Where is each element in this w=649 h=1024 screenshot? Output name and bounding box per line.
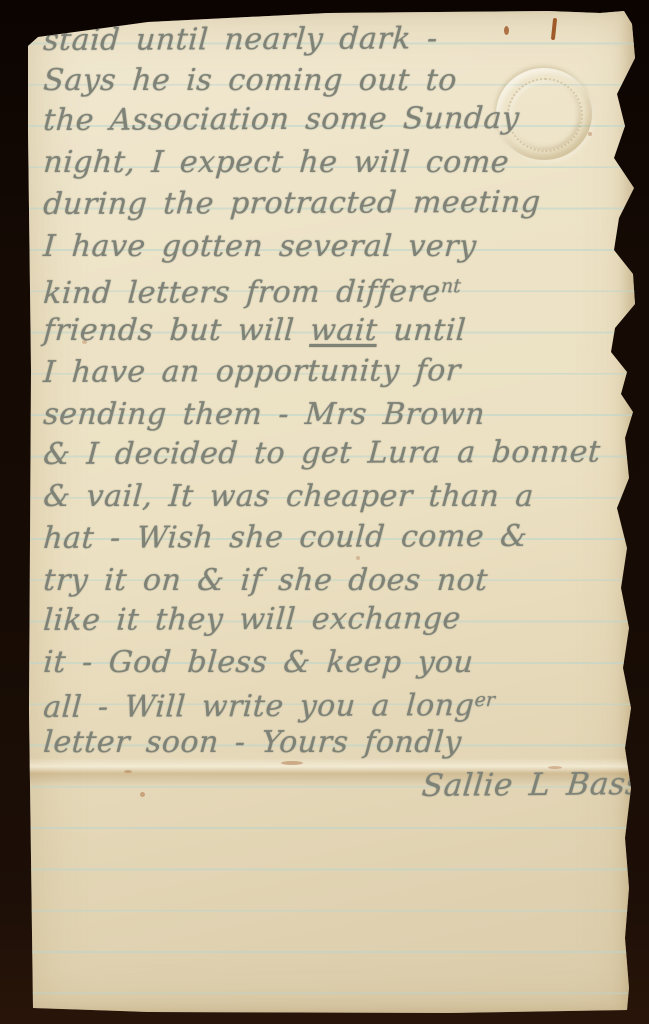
letter-line: kind letters from different: [42, 266, 462, 314]
rust-stain: [548, 766, 562, 769]
line-text: the Association some Sunday: [42, 101, 520, 138]
letter-line: & vail, It was cheaper than a: [42, 476, 535, 517]
letter-line: letter soon - Yours fondly: [42, 722, 463, 763]
line-text: & I decided to get Lura a bonnet: [42, 435, 601, 472]
letter-line: the Association some Sunday: [42, 98, 521, 141]
superscript-text: nt: [440, 275, 461, 297]
line-text: it - God bless & keep you: [42, 645, 474, 680]
line-text: staid until nearly dark -: [42, 21, 439, 58]
line-text: I have an opportunity for: [42, 353, 462, 390]
rust-stain: [124, 770, 132, 773]
letter-line: Says he is coming out to: [42, 60, 458, 101]
letter-line: it - God bless & keep you: [42, 642, 475, 683]
line-text: night, I expect he will come: [42, 145, 510, 180]
rust-stain: [588, 132, 592, 136]
signature-text: Sallie L Bass: [421, 766, 644, 804]
underlined-word: wait: [309, 313, 379, 348]
rust-stain: [551, 18, 557, 40]
line-text: during the protracted meeting: [42, 185, 542, 222]
letter-line: night, I expect he will come: [42, 142, 511, 183]
letter-line: staid until nearly dark -: [42, 18, 439, 61]
letter-page: staid until nearly dark - Says he is com…: [28, 10, 636, 1014]
letter-line: during the protracted meeting: [42, 182, 542, 225]
superscript-text: er: [474, 689, 496, 711]
line-text: & vail, It was cheaper than a: [42, 479, 535, 514]
line-text: all - Will write you a long: [42, 688, 475, 725]
line-text: kind letters from differe: [42, 274, 442, 311]
letter-line: all - Will write you a longer: [42, 680, 496, 728]
rust-stain: [140, 792, 145, 797]
line-text: until: [376, 313, 467, 348]
signature: Sallie L Bass: [420, 764, 644, 807]
line-text: letter soon - Yours fondly: [42, 725, 463, 760]
rust-stain: [356, 556, 360, 560]
letter-line: friends but will wait until: [42, 310, 467, 351]
line-text: hat - Wish she could come &: [42, 519, 528, 556]
rust-stain: [281, 761, 303, 765]
line-text: I have gotten several very: [42, 229, 477, 264]
letter-line: hat - Wish she could come &: [42, 516, 529, 559]
line-text: Says he is coming out to: [42, 63, 458, 98]
line-text: like it they will exchange: [42, 601, 462, 638]
rust-stain: [504, 26, 509, 35]
letter-line: try it on & if she does not: [42, 560, 489, 601]
letter-line: & I decided to get Lura a bonnet: [42, 432, 602, 475]
letter-line: like it they will exchange: [42, 598, 462, 641]
letter-line: sending them - Mrs Brown: [42, 394, 486, 435]
letter-line: I have gotten several very: [42, 226, 478, 267]
rust-stain: [82, 340, 87, 344]
letter-line: I have an opportunity for: [42, 350, 462, 393]
letter-photo: staid until nearly dark - Says he is com…: [0, 0, 649, 1024]
line-text: sending them - Mrs Brown: [42, 397, 486, 432]
line-text: try it on & if she does not: [42, 563, 489, 598]
